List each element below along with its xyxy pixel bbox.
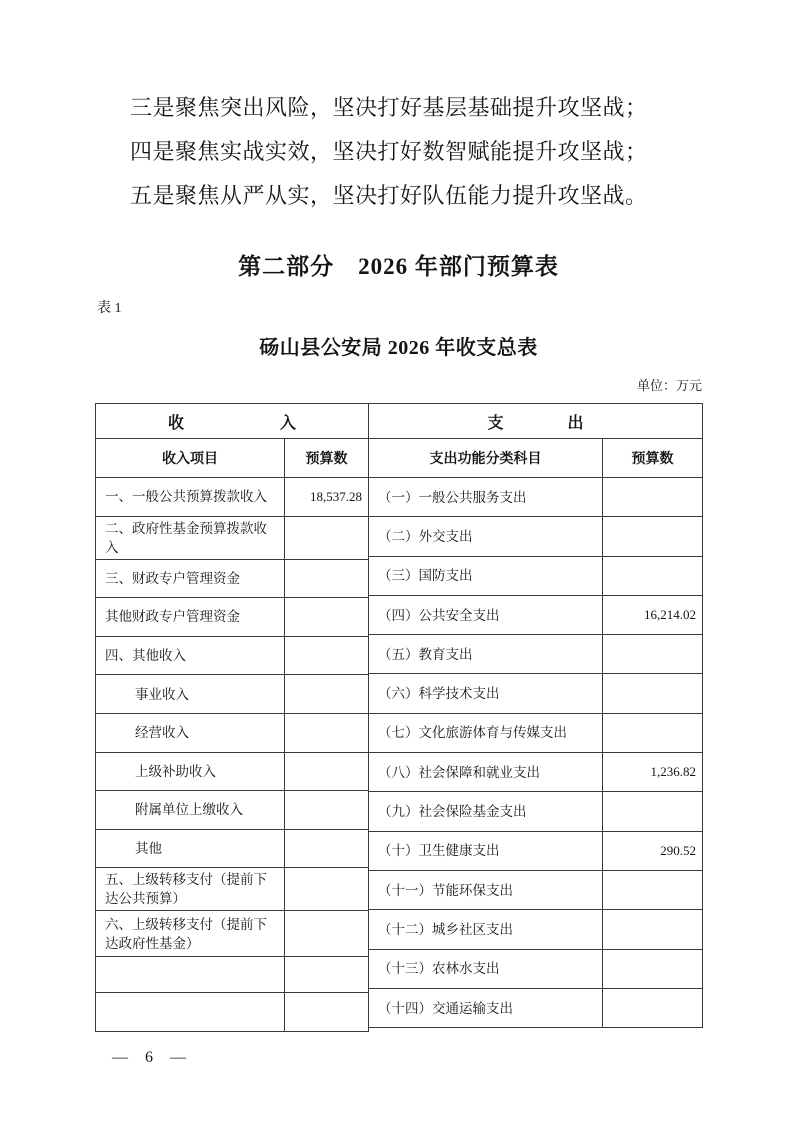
income-amount-cell (285, 675, 369, 714)
income-amount-cell: 18,537.28 (285, 478, 369, 517)
expenditure-item-cell: （十四）交通运输支出 (369, 988, 603, 1027)
income-amount-cell (285, 559, 369, 598)
income-row: 六、上级转移支付（提前下达政府性基金） (96, 911, 369, 957)
expenditure-item-cell: （五）教育支出 (369, 635, 603, 674)
income-row (96, 957, 369, 993)
expenditure-col-amount-header: 预算数 (603, 439, 703, 478)
expenditure-amount-cell (603, 674, 703, 713)
expenditure-row: （十四）交通运输支出 (369, 988, 703, 1027)
expenditure-amount-cell: 16,214.02 (603, 595, 703, 634)
income-item-cell (96, 993, 285, 1032)
income-row: 其他财政专户管理资金 (96, 598, 369, 637)
income-col-item-header: 收入项目 (96, 439, 285, 478)
expenditure-amount-cell (603, 870, 703, 909)
income-amount-cell (285, 752, 369, 791)
expenditure-item-cell: （十三）农林水支出 (369, 949, 603, 988)
income-group-header: 收 入 (96, 404, 369, 439)
income-row: 一、一般公共预算拨款收入18,537.28 (96, 478, 369, 517)
expenditure-group-header-row: 支 出 (369, 404, 703, 439)
income-item-cell: 其他 (96, 829, 285, 868)
expenditure-item-cell: （八）社会保障和就业支出 (369, 753, 603, 792)
expenditure-row: （十二）城乡社区支出 (369, 910, 703, 949)
body-text-line: 五是聚焦从严从实，坚决打好队伍能力提升攻坚战。 (130, 174, 646, 218)
expenditure-row: （二）外交支出 (369, 517, 703, 556)
expenditure-row: （三）国防支出 (369, 556, 703, 595)
income-item-cell: 六、上级转移支付（提前下达政府性基金） (96, 911, 285, 957)
income-row: 五、上级转移支付（提前下达公共预算） (96, 868, 369, 911)
income-amount-cell (285, 993, 369, 1032)
expenditure-amount-cell (603, 792, 703, 831)
body-text-line: 三是聚焦突出风险，坚决打好基层基础提升攻坚战； (130, 86, 646, 130)
income-item-cell: 其他财政专户管理资金 (96, 598, 285, 637)
expenditure-col-item-header: 支出功能分类科目 (369, 439, 603, 478)
expenditure-row: （九）社会保险基金支出 (369, 792, 703, 831)
income-col-amount-header: 预算数 (285, 439, 369, 478)
expenditure-table: 支 出 支出功能分类科目 预算数 （一）一般公共服务支出（二）外交支出（三）国防… (368, 403, 703, 1028)
income-amount-cell (285, 829, 369, 868)
income-item-cell: 附属单位上缴收入 (96, 791, 285, 830)
income-amount-cell (285, 636, 369, 675)
table-title: 砀山县公安局 2026 年收支总表 (95, 331, 702, 360)
expenditure-amount-cell (603, 517, 703, 556)
expenditure-item-cell: （三）国防支出 (369, 556, 603, 595)
income-row: 附属单位上缴收入 (96, 791, 369, 830)
expenditure-item-cell: （四）公共安全支出 (369, 595, 603, 634)
income-amount-cell (285, 911, 369, 957)
document-page: 三是聚焦突出风险，坚决打好基层基础提升攻坚战； 四是聚焦实战实效，坚决打好数智赋… (0, 0, 793, 1122)
section-heading: 第二部分 2026 年部门预算表 (95, 248, 702, 281)
income-amount-cell (285, 516, 369, 559)
income-table-body: 一、一般公共预算拨款收入18,537.28二、政府性基金预算拨款收入三、财政专户… (96, 478, 369, 1032)
expenditure-item-cell: （六）科学技术支出 (369, 674, 603, 713)
expenditure-row: （十三）农林水支出 (369, 949, 703, 988)
income-item-cell: 上级补助收入 (96, 752, 285, 791)
expenditure-item-cell: （九）社会保险基金支出 (369, 792, 603, 831)
expenditure-amount-cell (603, 988, 703, 1027)
expenditure-item-cell: （二）外交支出 (369, 517, 603, 556)
expenditure-amount-cell (603, 635, 703, 674)
income-amount-cell (285, 957, 369, 993)
expenditure-row: （五）教育支出 (369, 635, 703, 674)
income-columns-header-row: 收入项目 预算数 (96, 439, 369, 478)
income-item-cell: 一、一般公共预算拨款收入 (96, 478, 285, 517)
income-group-header-row: 收 入 (96, 404, 369, 439)
income-item-cell: 事业收入 (96, 675, 285, 714)
income-item-cell: 五、上级转移支付（提前下达公共预算） (96, 868, 285, 911)
income-amount-cell (285, 598, 369, 637)
expenditure-row: （十一）节能环保支出 (369, 870, 703, 909)
unit-note: 单位：万元 (637, 375, 702, 394)
income-item-cell: 三、财政专户管理资金 (96, 559, 285, 598)
body-text-line: 四是聚焦实战实效，坚决打好数智赋能提升攻坚战； (130, 130, 646, 174)
budget-table: 收 入 收入项目 预算数 一、一般公共预算拨款收入18,537.28二、政府性基… (95, 403, 703, 1032)
income-row: 事业收入 (96, 675, 369, 714)
page-number: — 6 — (112, 1049, 186, 1067)
income-item-cell: 二、政府性基金预算拨款收入 (96, 516, 285, 559)
expenditure-row: （六）科学技术支出 (369, 674, 703, 713)
expenditure-amount-cell: 290.52 (603, 831, 703, 870)
expenditure-table-body: （一）一般公共服务支出（二）外交支出（三）国防支出（四）公共安全支出16,214… (369, 478, 703, 1028)
income-row: 四、其他收入 (96, 636, 369, 675)
income-item-cell (96, 957, 285, 993)
expenditure-row: （一）一般公共服务支出 (369, 478, 703, 517)
income-row (96, 993, 369, 1032)
income-table: 收 入 收入项目 预算数 一、一般公共预算拨款收入18,537.28二、政府性基… (95, 403, 369, 1032)
expenditure-row: （四）公共安全支出16,214.02 (369, 595, 703, 634)
income-item-cell: 经营收入 (96, 713, 285, 752)
income-item-cell: 四、其他收入 (96, 636, 285, 675)
expenditure-item-cell: （十一）节能环保支出 (369, 870, 603, 909)
expenditure-row: （七）文化旅游体育与传媒支出 (369, 713, 703, 752)
expenditure-item-cell: （一）一般公共服务支出 (369, 478, 603, 517)
expenditure-amount-cell (603, 478, 703, 517)
expenditure-row: （十）卫生健康支出290.52 (369, 831, 703, 870)
expenditure-amount-cell (603, 910, 703, 949)
income-row: 其他 (96, 829, 369, 868)
body-paragraph: 三是聚焦突出风险，坚决打好基层基础提升攻坚战； 四是聚焦实战实效，坚决打好数智赋… (130, 86, 646, 218)
income-amount-cell (285, 868, 369, 911)
expenditure-group-header: 支 出 (369, 404, 703, 439)
expenditure-item-cell: （十二）城乡社区支出 (369, 910, 603, 949)
income-row: 二、政府性基金预算拨款收入 (96, 516, 369, 559)
expenditure-item-cell: （七）文化旅游体育与传媒支出 (369, 713, 603, 752)
income-row: 上级补助收入 (96, 752, 369, 791)
expenditure-columns-header-row: 支出功能分类科目 预算数 (369, 439, 703, 478)
income-amount-cell (285, 713, 369, 752)
expenditure-row: （八）社会保障和就业支出1,236.82 (369, 753, 703, 792)
expenditure-amount-cell (603, 556, 703, 595)
expenditure-amount-cell (603, 949, 703, 988)
expenditure-amount-cell (603, 713, 703, 752)
table-label: 表 1 (97, 297, 122, 317)
income-amount-cell (285, 791, 369, 830)
expenditure-amount-cell: 1,236.82 (603, 753, 703, 792)
income-row: 经营收入 (96, 713, 369, 752)
expenditure-item-cell: （十）卫生健康支出 (369, 831, 603, 870)
income-row: 三、财政专户管理资金 (96, 559, 369, 598)
